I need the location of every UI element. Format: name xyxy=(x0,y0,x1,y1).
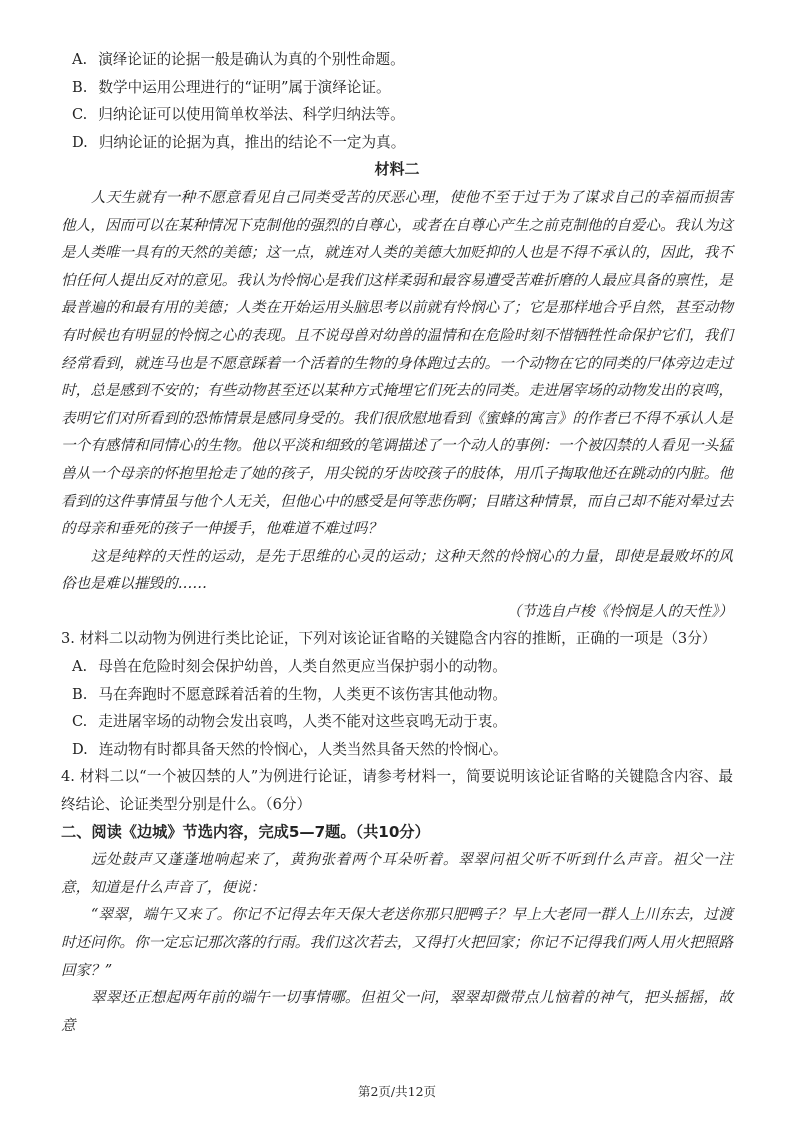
option-label: A. xyxy=(72,653,87,681)
option-text: 母兽在危险时刻会保护幼兽，人类自然更应当保护弱小的动物。 xyxy=(98,658,507,675)
biancheng-paragraph-1: 远处鼓声又蓬蓬地响起来了，黄狗张着两个耳朵听着。翠翠问祖父听不听到什么声音。祖父… xyxy=(61,846,733,901)
option-text: 归纳论证的论据为真，推出的结论不一定为真。 xyxy=(99,134,405,151)
question4-stem: 4. 材料二以“一个被囚禁的人”为例进行论证，请参考材料一，简要说明该论证省略的… xyxy=(61,763,733,818)
option-text: 马在奔跑时不愿意踩着活着的生物，人类更不该伤害其他动物。 xyxy=(98,686,507,703)
option-label: C. xyxy=(72,708,87,736)
question2-options: A.演绎论证的论据一般是确认为真的个别性命题。 B.数学中运用公理进行的“证明”… xyxy=(61,46,733,156)
option-label: D. xyxy=(72,736,88,764)
biancheng-paragraph-2: “翠翠，端午又来了。你记不记得去年天保大老送你那只肥鸭子？早上大老同一群人上川东… xyxy=(61,901,733,984)
question2-option-a: A.演绎论证的论据一般是确认为真的个别性命题。 xyxy=(72,46,733,74)
option-label: B. xyxy=(72,74,87,102)
option-text: 归纳论证可以使用简单枚举法、科学归纳法等。 xyxy=(98,106,404,123)
option-text: 连动物有时都具备天然的怜悯心，人类当然具备天然的怜悯心。 xyxy=(99,741,508,758)
question2-option-b: B.数学中运用公理进行的“证明”属于演绎论证。 xyxy=(72,74,733,102)
question3-option-c: C.走进屠宰场的动物会发出哀鸣，人类不能对这些哀鸣无动于衷。 xyxy=(72,708,733,736)
option-label: D. xyxy=(72,129,88,157)
page-content: A.演绎论证的论据一般是确认为真的个别性命题。 B.数学中运用公理进行的“证明”… xyxy=(0,0,794,1039)
question3-option-d: D.连动物有时都具备天然的怜悯心，人类当然具备天然的怜悯心。 xyxy=(72,736,733,764)
question2-option-d: D.归纳论证的论据为真，推出的结论不一定为真。 xyxy=(72,129,733,157)
exam-page: A.演绎论证的论据一般是确认为真的个别性命题。 B.数学中运用公理进行的“证明”… xyxy=(0,0,794,1122)
question3-stem: 3. 材料二以动物为例进行类比论证，下列对该论证省略的关键隐含内容的推断，正确的… xyxy=(61,625,733,653)
option-text: 数学中运用公理进行的“证明”属于演绎论证。 xyxy=(98,79,390,96)
material2-heading: 材料二 xyxy=(61,156,733,184)
material2-attribution: （节选自卢梭《怜悯是人的天性》） xyxy=(61,598,733,626)
option-text: 走进屠宰场的动物会发出哀鸣，人类不能对这些哀鸣无动于衷。 xyxy=(98,713,507,730)
question2-option-c: C.归纳论证可以使用简单枚举法、科学归纳法等。 xyxy=(72,101,733,129)
material2-paragraph-1: 人天生就有一种不愿意看见自己同类受苦的厌恶心理，使他不至于过于为了谋求自己的幸福… xyxy=(61,184,733,543)
option-label: A. xyxy=(72,46,87,74)
option-label: C. xyxy=(72,101,87,129)
option-text: 演绎论证的论据一般是确认为真的个别性命题。 xyxy=(98,51,404,68)
page-footer: 第2页/共12页 xyxy=(0,1082,794,1100)
biancheng-paragraph-3: 翠翠还正想起两年前的端午一切事情哪。但祖父一问，翠翠却微带点儿恼着的神气，把头摇… xyxy=(61,984,733,1039)
question3-option-a: A.母兽在危险时刻会保护幼兽，人类自然更应当保护弱小的动物。 xyxy=(72,653,733,681)
question3-options: A.母兽在危险时刻会保护幼兽，人类自然更应当保护弱小的动物。 B.马在奔跑时不愿… xyxy=(61,653,733,763)
option-label: B. xyxy=(72,681,87,709)
section2-heading: 二、阅读《边城》节选内容，完成5—7题。（共10分） xyxy=(61,819,733,847)
question3-option-b: B.马在奔跑时不愿意踩着活着的生物，人类更不该伤害其他动物。 xyxy=(72,681,733,709)
page-number: 第2页/共12页 xyxy=(358,1084,436,1099)
material2-paragraph-2: 这是纯粹的天性的运动，是先于思维的心灵的运动；这种天然的怜悯心的力量，即使是最败… xyxy=(61,543,733,598)
